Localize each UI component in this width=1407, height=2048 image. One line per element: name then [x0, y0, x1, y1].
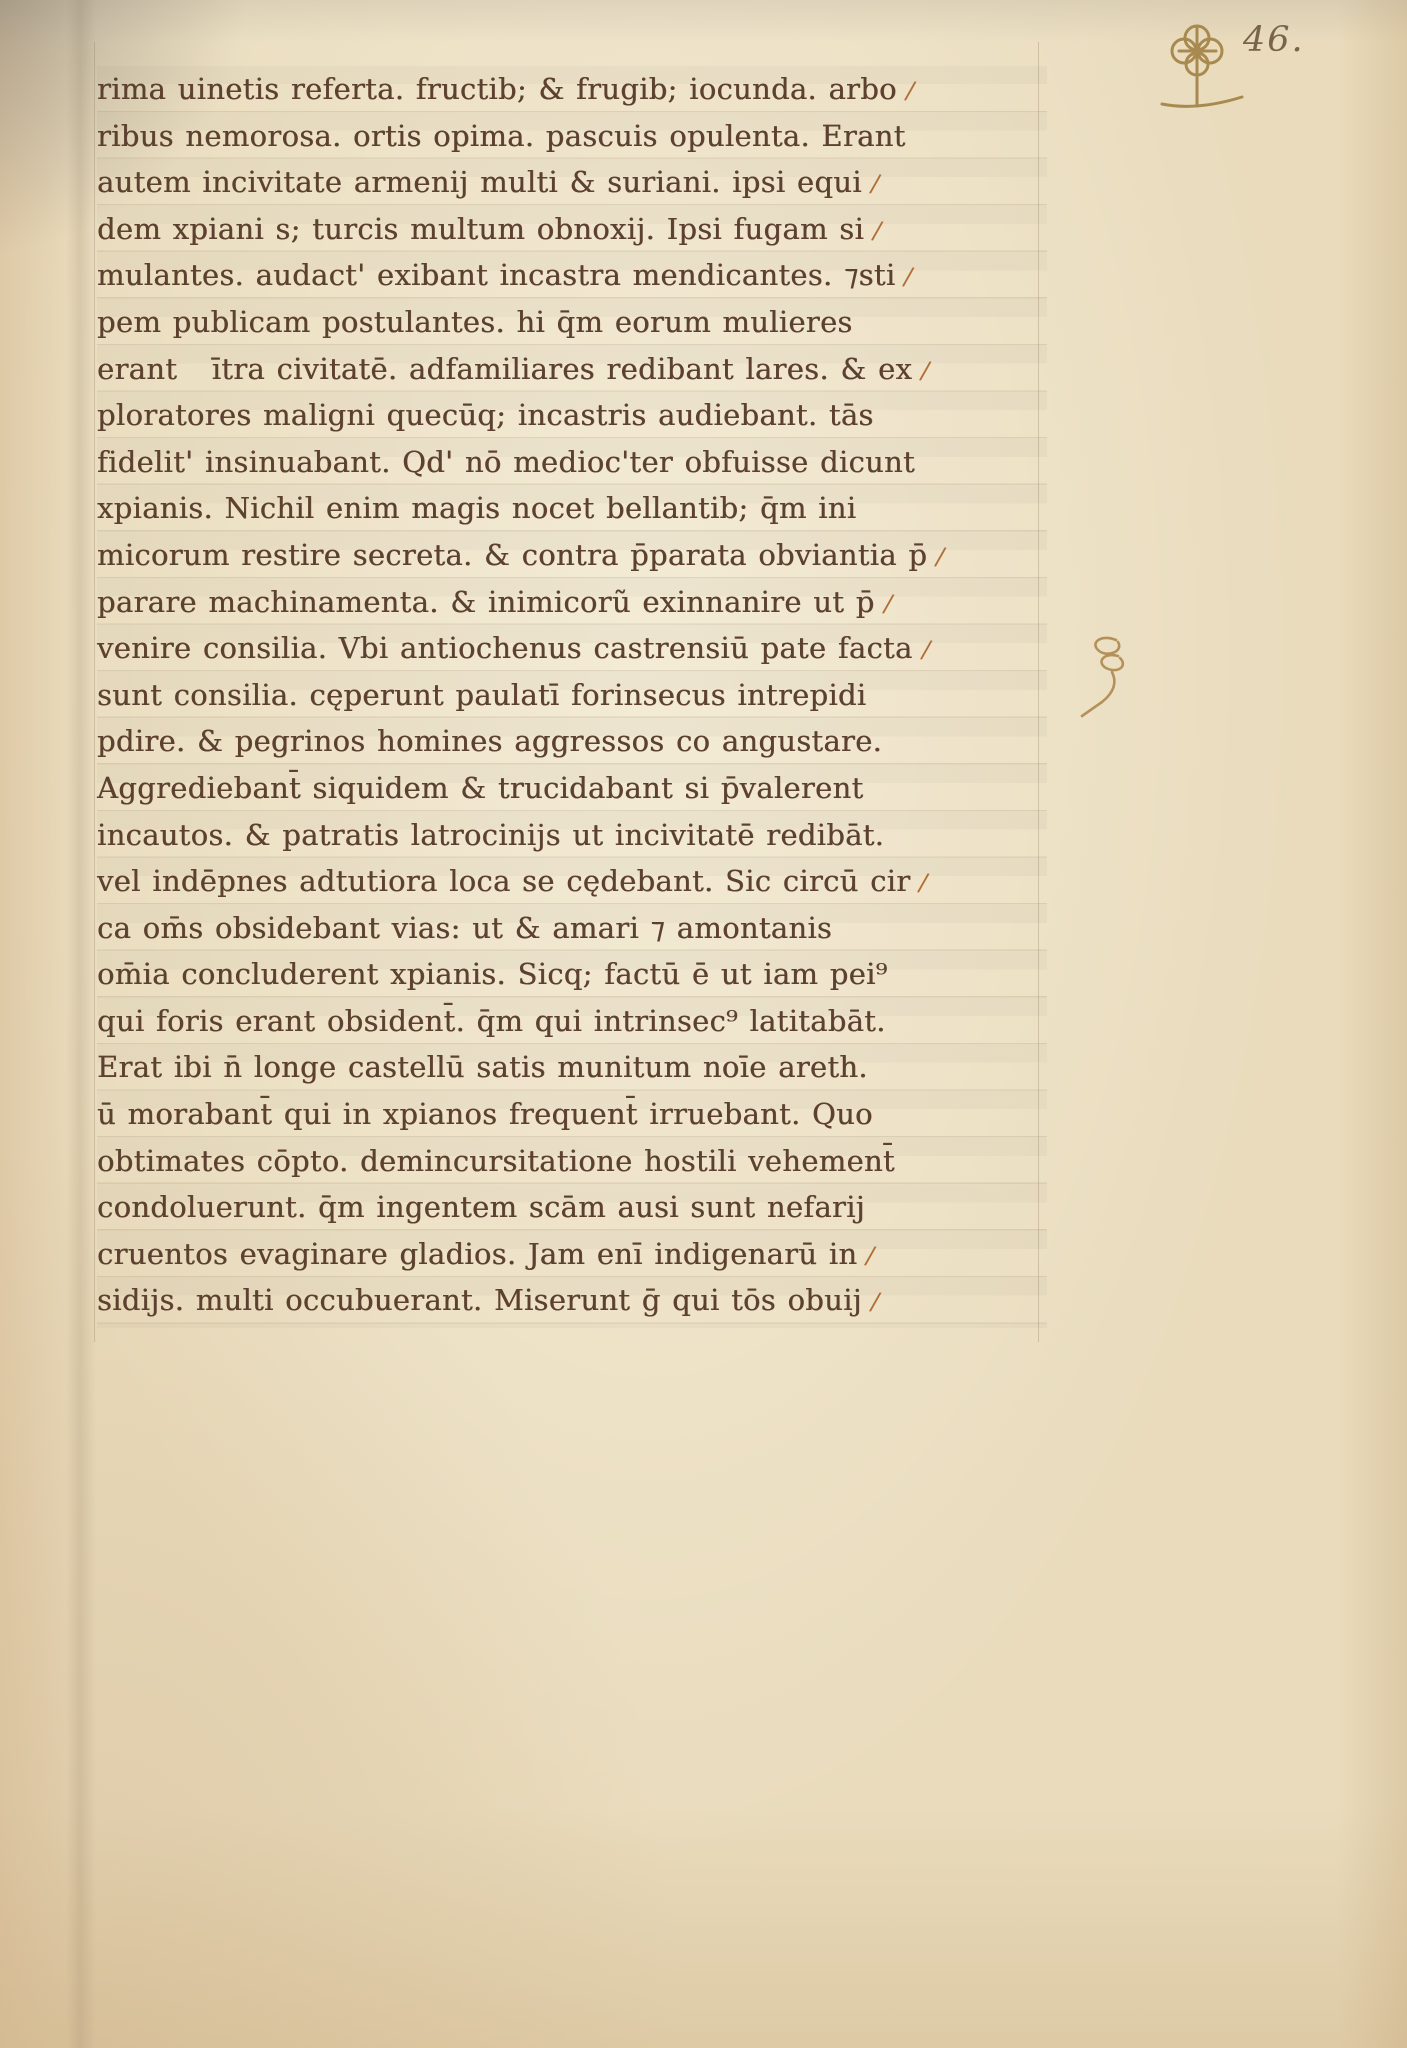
manuscript-line-text: autem incivitate armenij multi & suriani…: [97, 165, 862, 199]
manuscript-line-text: condoluerunt. q̄m ingentem scām ausi sun…: [97, 1190, 865, 1224]
manuscript-page: 46. rima uinetis referta. fructib; & fru…: [0, 0, 1407, 2048]
manuscript-line-text: ploratores maligni quecūq; incastris aud…: [97, 398, 874, 432]
manuscript-line: om̄ia concluderent xpianis. Sicq; factū …: [97, 951, 1047, 998]
manuscript-line-text: ribus nemorosa. ortis opima. pascuis opu…: [97, 119, 906, 153]
manuscript-line: parare machinamenta. & inimicorũ exinnan…: [97, 579, 1047, 626]
manuscript-line: xpianis. Nichil enim magis nocet bellant…: [97, 485, 1047, 532]
manuscript-line: ū morabant̄ qui in xpianos frequent̄ irr…: [97, 1091, 1047, 1138]
manuscript-line-text: vel indēpnes adtutiora loca se cędebant.…: [97, 864, 910, 898]
manuscript-line: sunt consilia. cęperunt paulatī forinsec…: [97, 672, 1047, 719]
manuscript-line: pem publicam postulantes. hi q̄m eorum m…: [97, 299, 1047, 346]
manuscript-line-text: pem publicam postulantes. hi q̄m eorum m…: [97, 305, 853, 339]
manuscript-line-text: qui foris erant obsident̄. q̄m qui intri…: [97, 1004, 886, 1038]
line-filler-tick: ∕: [916, 347, 934, 394]
line-filler-tick: ∕: [917, 627, 935, 674]
manuscript-line-text: dem xpiani s; turcis multum obnoxij. Ips…: [97, 212, 864, 246]
line-filler-tick: ∕: [931, 534, 949, 581]
manuscript-line: pdire. & pegrinos homines aggressos co a…: [97, 718, 1047, 765]
manuscript-line: ploratores maligni quecūq; incastris aud…: [97, 392, 1047, 439]
manuscript-line-text: ū morabant̄ qui in xpianos frequent̄ irr…: [97, 1097, 873, 1131]
line-filler-tick: ∕: [915, 860, 933, 907]
manuscript-line: qui foris erant obsident̄. q̄m qui intri…: [97, 998, 1047, 1045]
manuscript-line-text: Erat ibi n̄ longe castellū satis munitum…: [97, 1050, 868, 1084]
manuscript-line: sidijs. multi occubuerant. Miserunt ḡ qu…: [97, 1277, 1047, 1324]
manuscript-line: Erat ibi n̄ longe castellū satis munitum…: [97, 1044, 1047, 1091]
line-filler-tick: ∕: [868, 207, 886, 254]
line-filler-tick: ∕: [866, 161, 884, 208]
manuscript-line: mulantes. audact' exibant incastra mendi…: [97, 252, 1047, 299]
line-filler-tick: ∕: [866, 1279, 884, 1326]
left-ruling-line: [94, 42, 95, 1342]
manuscript-line: fidelit' insinuabant. Qd' nō medioc'ter …: [97, 439, 1047, 486]
manuscript-line-text: xpianis. Nichil enim magis nocet bellant…: [97, 491, 856, 525]
manuscript-line-text: obtimates cōpto. demincursitatione hosti…: [97, 1144, 895, 1178]
line-filler-tick: ∕: [879, 580, 897, 627]
manuscript-line-text: pdire. & pegrinos homines aggressos co a…: [97, 724, 882, 758]
manuscript-line: ribus nemorosa. ortis opima. pascuis opu…: [97, 113, 1047, 160]
manuscript-line-text: parare machinamenta. & inimicorũ exinnan…: [97, 585, 875, 619]
manuscript-line-text: sunt consilia. cęperunt paulatī forinsec…: [97, 678, 866, 712]
line-filler-tick: ∕: [900, 254, 918, 301]
manuscript-line: condoluerunt. q̄m ingentem scām ausi sun…: [97, 1184, 1047, 1231]
folio-number: 46.: [1243, 20, 1305, 60]
manuscript-line: ca om̄s obsidebant vias: ut & amari ⁊ am…: [97, 905, 1047, 952]
manuscript-line-text: sidijs. multi occubuerant. Miserunt ḡ qu…: [97, 1283, 862, 1317]
manuscript-line: autem incivitate armenij multi & suriani…: [97, 159, 1047, 206]
line-filler-tick: ∕: [862, 1232, 880, 1279]
manuscript-line-text: Aggrediebant̄ siquidem & trucidabant si …: [97, 771, 863, 805]
manuscript-line-text: incautos. & patratis latrocinijs ut inci…: [97, 818, 884, 852]
manuscript-line-text: fidelit' insinuabant. Qd' nō medioc'ter …: [97, 445, 915, 479]
scribal-squiggle-icon: [1078, 632, 1136, 728]
text-block: rima uinetis referta. fructib; & frugib;…: [97, 66, 1047, 1328]
manuscript-line: dem xpiani s; turcis multum obnoxij. Ips…: [97, 206, 1047, 253]
manuscript-line: erant ītra civitatē. adfamiliares rediba…: [97, 346, 1047, 393]
manuscript-line-text: ca om̄s obsidebant vias: ut & amari ⁊ am…: [97, 911, 832, 945]
manuscript-line-text: erant ītra civitatē. adfamiliares rediba…: [97, 352, 912, 386]
manuscript-line-text: venire consilia. Vbi antiochenus castren…: [97, 631, 913, 665]
line-filler-tick: ∕: [901, 68, 919, 115]
manuscript-line: vel indēpnes adtutiora loca se cędebant.…: [97, 858, 1047, 905]
manuscript-line-text: cruentos evaginare gladios. Jam enī indi…: [97, 1237, 857, 1271]
manuscript-line-text: om̄ia concluderent xpianis. Sicq; factū …: [97, 957, 888, 991]
manuscript-line: rima uinetis referta. fructib; & frugib;…: [97, 66, 1047, 113]
manuscript-line: Aggrediebant̄ siquidem & trucidabant si …: [97, 765, 1047, 812]
manuscript-line: cruentos evaginare gladios. Jam enī indi…: [97, 1231, 1047, 1278]
manuscript-line-text: mulantes. audact' exibant incastra mendi…: [97, 258, 895, 292]
manuscript-line: incautos. & patratis latrocinijs ut inci…: [97, 812, 1047, 859]
manuscript-line: venire consilia. Vbi antiochenus castren…: [97, 625, 1047, 672]
cross-quatrefoil-stamp-icon: [1150, 14, 1246, 118]
manuscript-line: micorum restire secreta. & contra p̄para…: [97, 532, 1047, 579]
manuscript-line-text: rima uinetis referta. fructib; & frugib;…: [97, 72, 897, 106]
manuscript-line: obtimates cōpto. demincursitatione hosti…: [97, 1138, 1047, 1185]
manuscript-line-text: micorum restire secreta. & contra p̄para…: [97, 538, 927, 572]
